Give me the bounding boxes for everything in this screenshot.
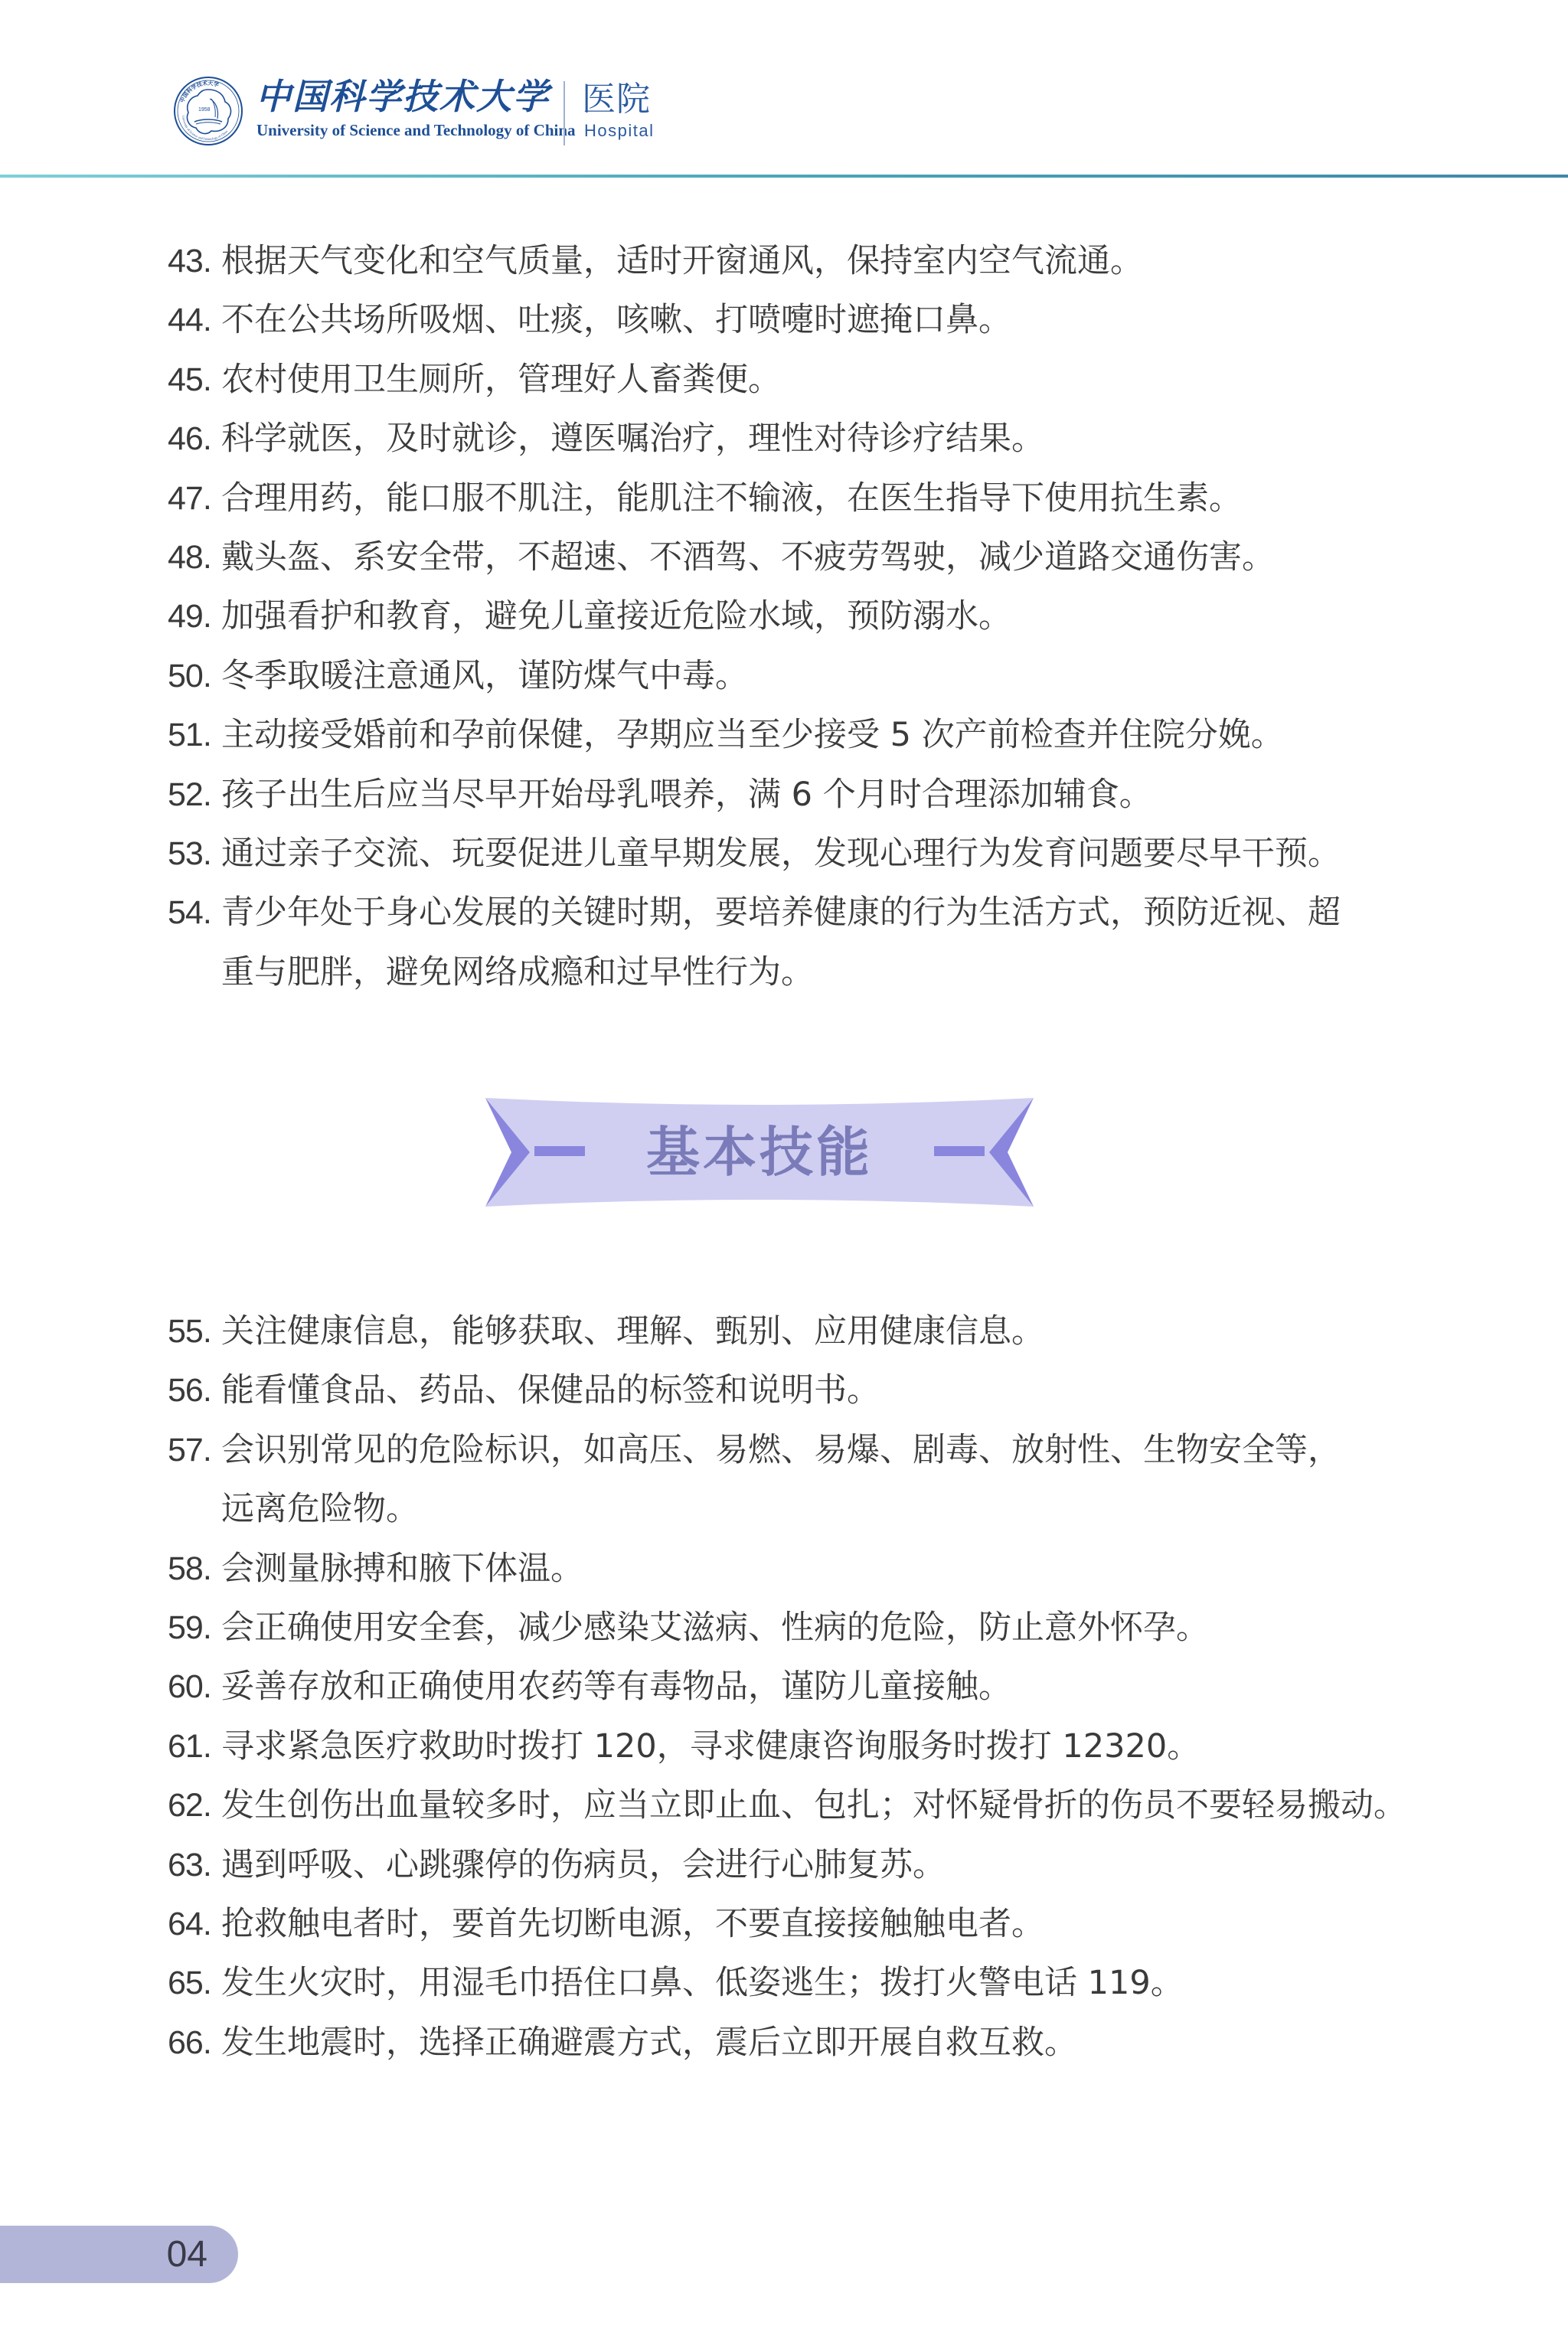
list-item: 48. 戴头盔、系安全带，不超速、不酒驾、不疲劳驾驶，减少道路交通伤害。 [168, 528, 1423, 587]
item-number: 44. [168, 291, 221, 350]
item-number: 59. [168, 1599, 221, 1658]
item-number: 45. [168, 351, 221, 410]
list-item: 58. 会测量脉搏和腋下体温。 [168, 1540, 1423, 1599]
item-number: 51. [168, 706, 221, 765]
item-text: 根据天气变化和空气质量，适时开窗通风，保持室内空气流通。 [221, 232, 1423, 291]
item-number: 61. [168, 1717, 221, 1776]
university-name-en: University of Science and Technology of … [256, 120, 576, 140]
item-number: 47. [168, 469, 221, 528]
item-text-wrapper: 青少年处于身心发展的关键时期，要培养健康的行为生活方式，预防近视、超 重与肥胖，… [221, 884, 1423, 1002]
item-number: 65. [168, 1954, 221, 2013]
list-item: 63. 遇到呼吸、心跳骤停的伤病员，会进行心肺复苏。 [168, 1836, 1423, 1895]
item-number: 55. [168, 1302, 221, 1361]
list-item: 51. 主动接受婚前和孕前保健，孕期应当至少接受 5 次产前检查并住院分娩。 [168, 706, 1423, 765]
list-item: 65. 发生火灾时，用湿毛巾捂住口鼻、低姿逃生；拨打火警电话 119。 [168, 1954, 1423, 2013]
section-banner-basic-skills: 基本技能 [482, 1095, 1037, 1210]
item-text: 抢救触电者时，要首先切断电源，不要直接接触触电者。 [221, 1895, 1423, 1954]
item-number: 58. [168, 1540, 221, 1599]
header-divider-line [0, 175, 1568, 178]
basic-skills-list: 55. 关注健康信息，能够获取、理解、甄别、应用健康信息。 56. 能看懂食品、… [168, 1302, 1423, 2073]
item-text-wrapper: 会识别常见的危险标识，如高压、易燃、易爆、剧毒、放射性、生物安全等， 远离危险物… [221, 1421, 1423, 1540]
item-text: 会识别常见的危险标识，如高压、易燃、易爆、剧毒、放射性、生物安全等， [221, 1421, 1423, 1480]
item-text: 主动接受婚前和孕前保健，孕期应当至少接受 5 次产前检查并住院分娩。 [221, 706, 1423, 765]
page-number: 04 [167, 2226, 207, 2283]
item-text-continuation: 远离危险物。 [221, 1480, 1423, 1539]
item-text: 发生创伤出血量较多时，应当立即止血、包扎；对怀疑骨折的伤员不要轻易搬动。 [221, 1776, 1423, 1835]
list-item: 54. 青少年处于身心发展的关键时期，要培养健康的行为生活方式，预防近视、超 重… [168, 884, 1423, 1002]
list-item: 46. 科学就医，及时就诊，遵医嘱治疗，理性对待诊疗结果。 [168, 410, 1423, 469]
list-item: 44. 不在公共场所吸烟、吐痰，咳嗽、打喷嚏时遮掩口鼻。 [168, 291, 1423, 350]
item-number: 66. [168, 2014, 221, 2073]
page-number-badge: 04 [0, 2226, 238, 2283]
list-item: 53. 通过亲子交流、玩耍促进儿童早期发展，发现心理行为发育问题要尽早干预。 [168, 825, 1423, 884]
item-number: 62. [168, 1776, 221, 1835]
item-text: 青少年处于身心发展的关键时期，要培养健康的行为生活方式，预防近视、超 [221, 884, 1423, 942]
item-text: 农村使用卫生厕所，管理好人畜粪便。 [221, 351, 1423, 410]
item-number: 43. [168, 232, 221, 291]
item-text: 孩子出生后应当尽早开始母乳喂养，满 6 个月时合理添加辅食。 [221, 766, 1423, 825]
hospital-name-en: Hospital [584, 121, 654, 141]
health-behavior-list: 43. 根据天气变化和空气质量，适时开窗通风，保持室内空气流通。 44. 不在公… [168, 232, 1423, 1002]
item-number: 49. [168, 587, 221, 646]
list-item: 52. 孩子出生后应当尽早开始母乳喂养，满 6 个月时合理添加辅食。 [168, 766, 1423, 825]
item-text: 发生火灾时，用湿毛巾捂住口鼻、低姿逃生；拨打火警电话 119。 [221, 1954, 1423, 2013]
item-text: 发生地震时，选择正确避震方式，震后立即开展自救互救。 [221, 2014, 1423, 2073]
item-number: 64. [168, 1895, 221, 1954]
list-item: 57. 会识别常见的危险标识，如高压、易燃、易爆、剧毒、放射性、生物安全等， 远… [168, 1421, 1423, 1540]
item-text: 会测量脉搏和腋下体温。 [221, 1540, 1423, 1599]
item-text: 戴头盔、系安全带，不超速、不酒驾、不疲劳驾驶，减少道路交通伤害。 [221, 528, 1423, 587]
list-item: 59. 会正确使用安全套，减少感染艾滋病、性病的危险，防止意外怀孕。 [168, 1599, 1423, 1658]
university-emblem-icon: 1958 中国科学技术大学 University of Science and … [173, 76, 243, 146]
item-number: 50. [168, 647, 221, 706]
list-item: 43. 根据天气变化和空气质量，适时开窗通风，保持室内空气流通。 [168, 232, 1423, 291]
item-text: 寻求紧急医疗救助时拨打 120，寻求健康咨询服务时拨打 12320。 [221, 1717, 1423, 1776]
university-name-cn: 中国科学技术大学 [256, 77, 550, 116]
item-text: 冬季取暖注意通风，谨防煤气中毒。 [221, 647, 1423, 706]
list-item: 45. 农村使用卫生厕所，管理好人畜粪便。 [168, 351, 1423, 410]
item-number: 52. [168, 766, 221, 825]
item-number: 54. [168, 884, 221, 1002]
list-item: 56. 能看懂食品、药品、保健品的标签和说明书。 [168, 1361, 1423, 1420]
item-text: 通过亲子交流、玩耍促进儿童早期发展，发现心理行为发育问题要尽早干预。 [221, 825, 1423, 884]
item-text: 加强看护和教育，避免儿童接近危险水域，预防溺水。 [221, 587, 1423, 646]
section-title: 基本技能 [482, 1095, 1037, 1210]
list-item: 61. 寻求紧急医疗救助时拨打 120，寻求健康咨询服务时拨打 12320。 [168, 1717, 1423, 1776]
svg-text:1958: 1958 [198, 107, 211, 113]
item-number: 46. [168, 410, 221, 469]
item-text: 合理用药，能口服不肌注，能肌注不输液，在医生指导下使用抗生素。 [221, 469, 1423, 528]
item-text-continuation: 重与肥胖，避免网络成瘾和过早性行为。 [221, 943, 1423, 1002]
item-number: 63. [168, 1836, 221, 1895]
list-item: 66. 发生地震时，选择正确避震方式，震后立即开展自救互救。 [168, 2014, 1423, 2073]
item-number: 57. [168, 1421, 221, 1540]
list-item: 49. 加强看护和教育，避免儿童接近危险水域，预防溺水。 [168, 587, 1423, 646]
list-item: 50. 冬季取暖注意通风，谨防煤气中毒。 [168, 647, 1423, 706]
logo-divider [563, 81, 565, 145]
item-text: 能看懂食品、药品、保健品的标签和说明书。 [221, 1361, 1423, 1420]
item-text: 遇到呼吸、心跳骤停的伤病员，会进行心肺复苏。 [221, 1836, 1423, 1895]
page-header: 1958 中国科学技术大学 University of Science and … [0, 0, 1568, 178]
list-item: 62. 发生创伤出血量较多时，应当立即止血、包扎；对怀疑骨折的伤员不要轻易搬动。 [168, 1776, 1423, 1835]
item-number: 60. [168, 1658, 221, 1717]
item-text: 会正确使用安全套，减少感染艾滋病、性病的危险，防止意外怀孕。 [221, 1599, 1423, 1658]
item-number: 56. [168, 1361, 221, 1420]
list-item: 60. 妥善存放和正确使用农药等有毒物品，谨防儿童接触。 [168, 1658, 1423, 1717]
list-item: 55. 关注健康信息，能够获取、理解、甄别、应用健康信息。 [168, 1302, 1423, 1361]
item-number: 48. [168, 528, 221, 587]
list-item: 47. 合理用药，能口服不肌注，能肌注不输液，在医生指导下使用抗生素。 [168, 469, 1423, 528]
item-text: 关注健康信息，能够获取、理解、甄别、应用健康信息。 [221, 1302, 1423, 1361]
item-text: 妥善存放和正确使用农药等有毒物品，谨防儿童接触。 [221, 1658, 1423, 1717]
hospital-name-cn: 医院 [582, 80, 651, 119]
item-number: 53. [168, 825, 221, 884]
item-text: 科学就医，及时就诊，遵医嘱治疗，理性对待诊疗结果。 [221, 410, 1423, 469]
list-item: 64. 抢救触电者时，要首先切断电源，不要直接接触触电者。 [168, 1895, 1423, 1954]
item-text: 不在公共场所吸烟、吐痰，咳嗽、打喷嚏时遮掩口鼻。 [221, 291, 1423, 350]
